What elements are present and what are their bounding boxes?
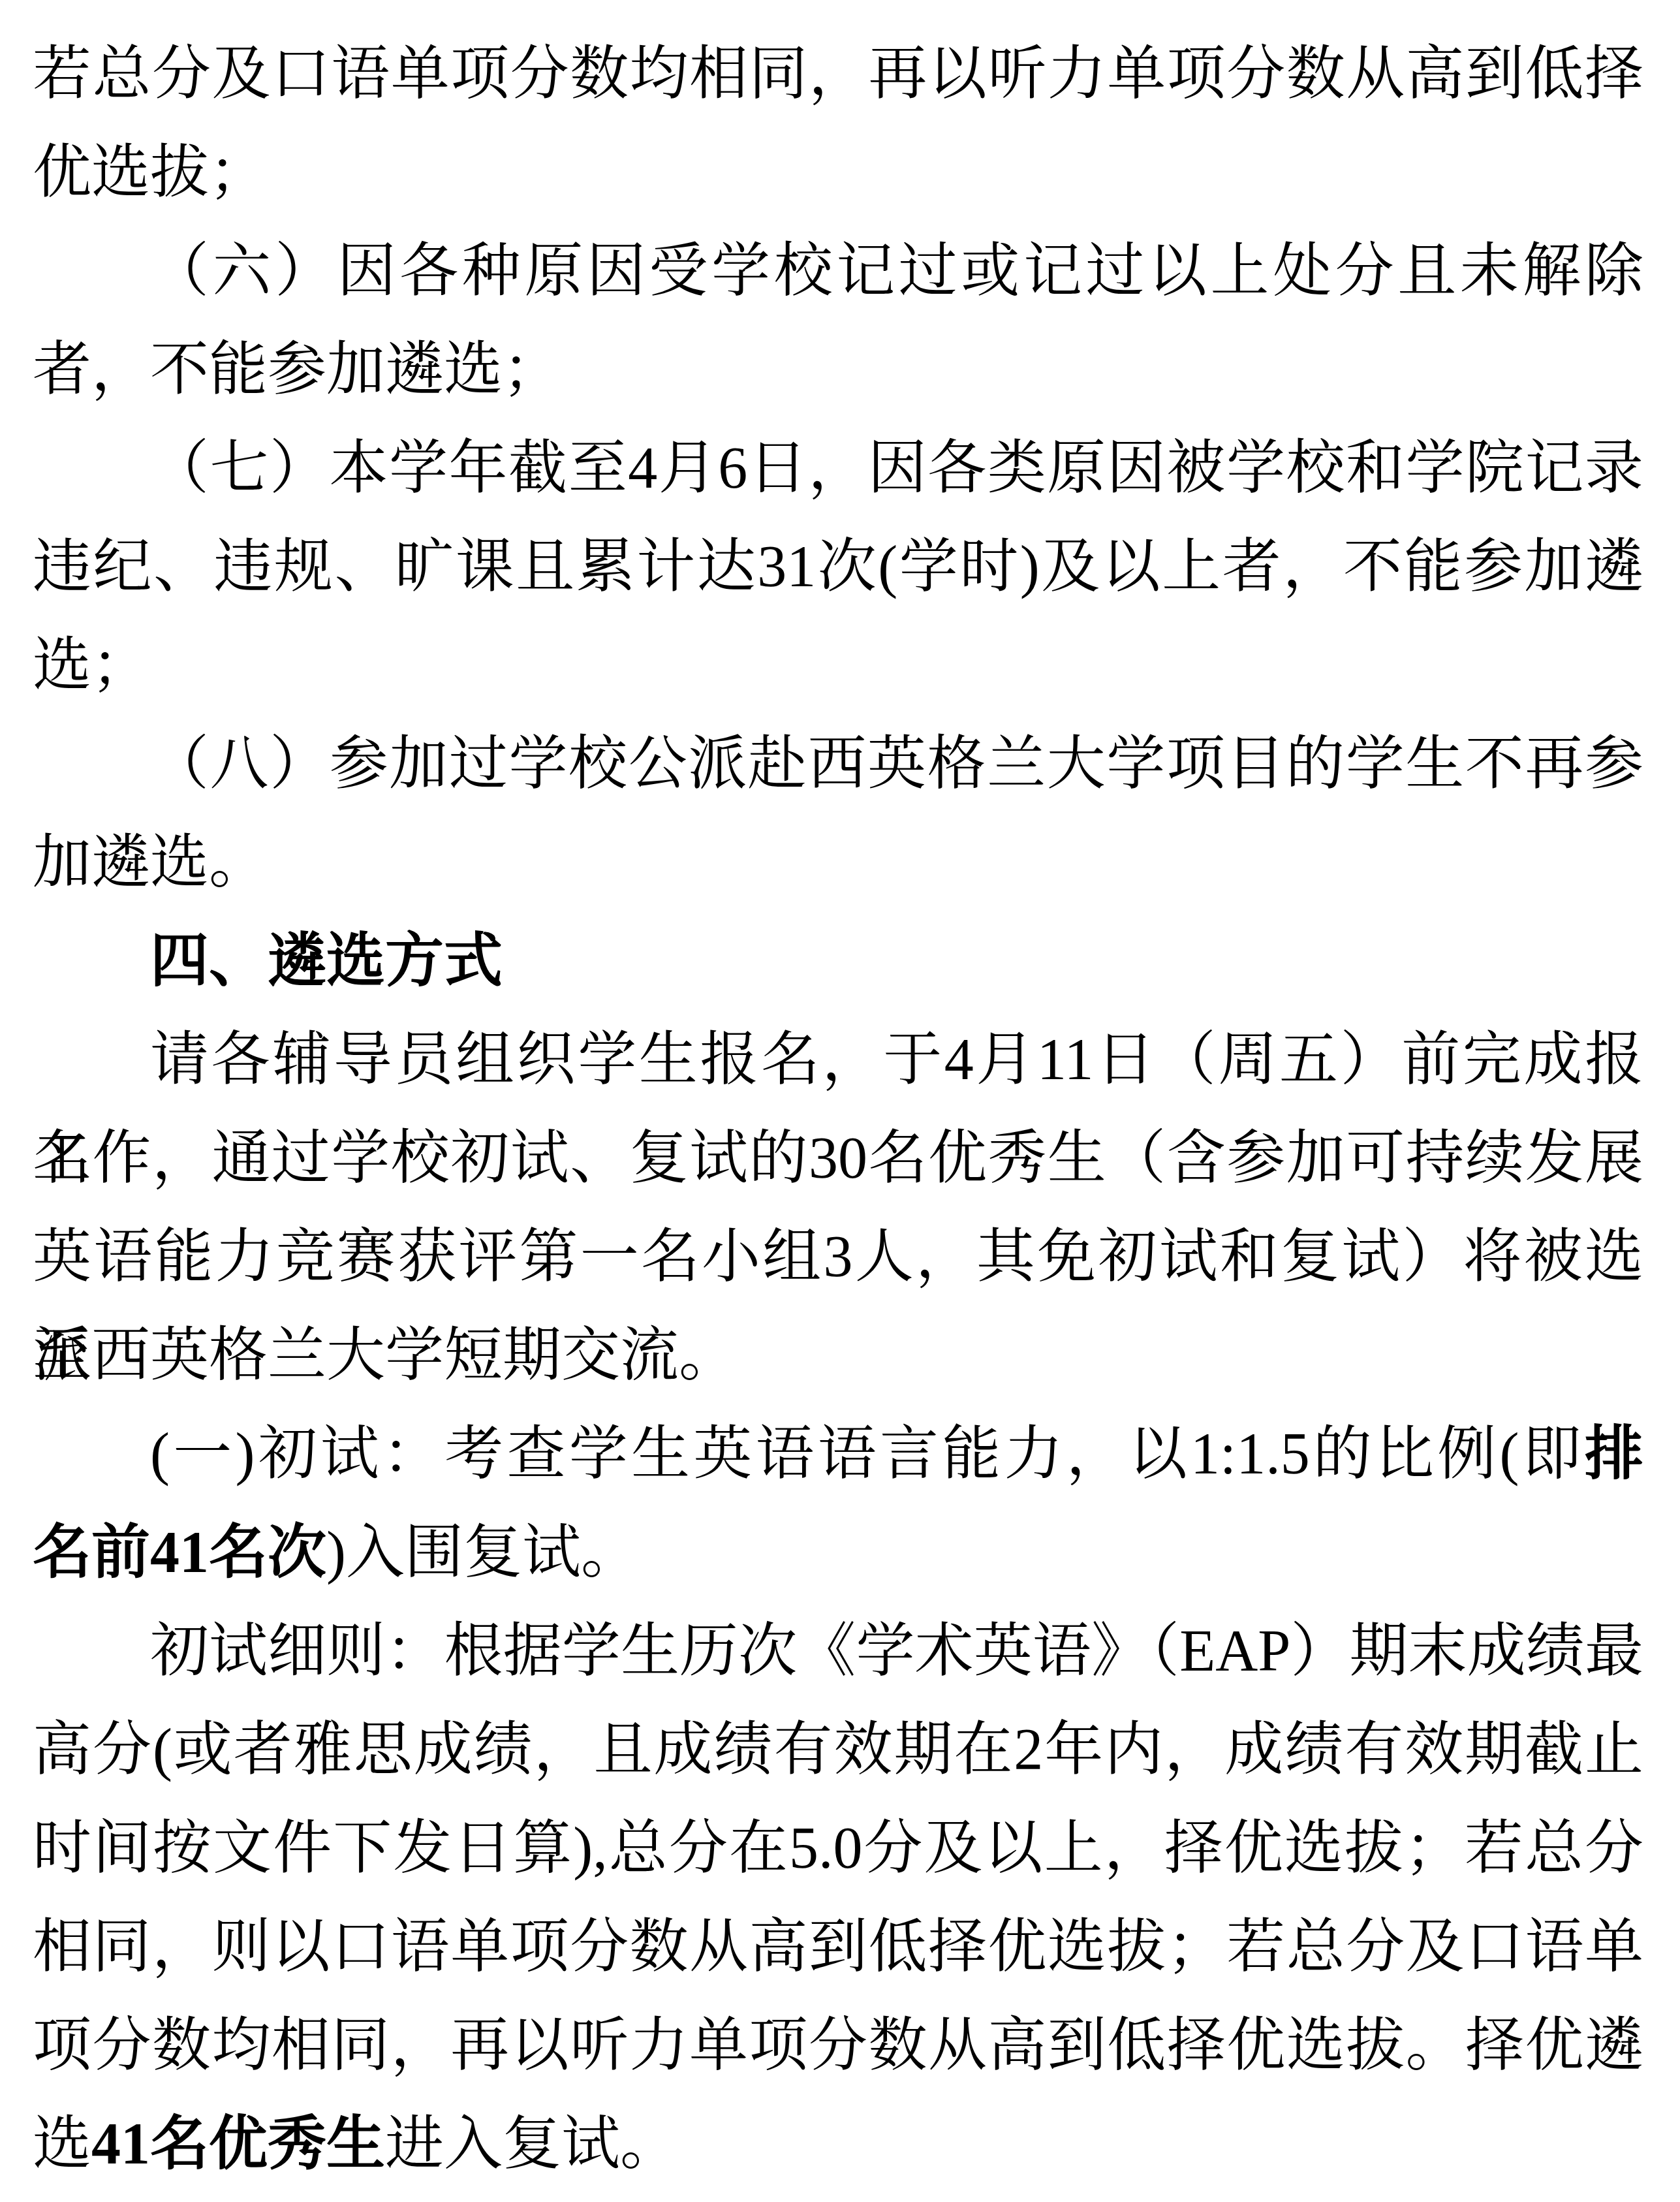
document-line: 英语能力竞赛获评第一名小组3人，其免初试和复试）将被选派 <box>33 1208 1643 1306</box>
document-line: 高分(或者雅思成绩，且成绩有效期在2年内，成绩有效期截止 <box>33 1701 1643 1799</box>
text-segment: 项分数均相同，再以听力单项分数从高到低择优选拔。择优遴 <box>33 2013 1643 2078</box>
text-segment: 相同，则以口语单项分数从高到低择优选拔；若总分及口语单 <box>33 1915 1643 1979</box>
text-segment: 四、遴选方式 <box>150 928 503 994</box>
text-segment-bold: 41名优秀生 <box>91 2112 385 2177</box>
text-segment: 选 <box>33 2112 91 2177</box>
document-line: （六）因各种原因受学校记过或记过以上处分且未解除 <box>33 222 1643 321</box>
text-segment-bold: 名前41名次 <box>33 1520 326 1585</box>
text-segment: 加遴选。 <box>33 830 268 895</box>
text-segment: 优选拔； <box>33 140 268 205</box>
text-segment: 若总分及口语单项分数均相同，再以听力单项分数从高到低择 <box>33 42 1643 106</box>
text-segment: （七）本学年截至4月6日，因各类原因被学校和学院记录 <box>150 436 1643 501</box>
text-segment: （六）因各种原因受学校记过或记过以上处分且未解除 <box>150 239 1643 304</box>
document-line: 名前41名次)入围复试。 <box>33 1503 1643 1602</box>
text-segment: 高分(或者雅思成绩，且成绩有效期在2年内，成绩有效期截止 <box>33 1718 1643 1782</box>
document-line: 至西英格兰大学短期交流。 <box>33 1306 1643 1405</box>
document-page: 若总分及口语单项分数均相同，再以听力单项分数从高到低择 优选拔； （六）因各种原… <box>33 25 1643 2194</box>
document-line: 选41名优秀生进入复试。 <box>33 2095 1643 2194</box>
document-line: 工作，通过学校初试、复试的30名优秀生（含参加可持续发展 <box>33 1109 1643 1208</box>
text-segment: )入围复试。 <box>326 1520 640 1585</box>
text-segment: （八）参加过学校公派赴西英格兰大学项目的学生不再参 <box>150 732 1643 796</box>
text-segment: 选； <box>33 633 150 698</box>
text-segment: 时间按文件下发日算),总分在5.0分及以上，择优选拔；若总分 <box>33 1816 1643 1881</box>
document-line: 者，不能参加遴选； <box>33 321 1643 419</box>
document-line: 初试细则：根据学生历次《学术英语》（EAP）期末成绩最 <box>33 1602 1643 1701</box>
document-line: 选； <box>33 616 1643 715</box>
document-line: 时间按文件下发日算),总分在5.0分及以上，择优选拔；若总分 <box>33 1799 1643 1898</box>
document-line: （八）参加过学校公派赴西英格兰大学项目的学生不再参 <box>33 715 1643 813</box>
document-line: 请各辅导员组织学生报名，于4月11日（周五）前完成报名 <box>33 1011 1643 1109</box>
text-segment: 违纪、违规、旷课且累计达31次(学时)及以上者，不能参加遴 <box>33 535 1643 599</box>
document-line: 若总分及口语单项分数均相同，再以听力单项分数从高到低择 <box>33 25 1643 123</box>
text-segment: 至西英格兰大学短期交流。 <box>33 1323 738 1388</box>
text-segment: 初试细则：根据学生历次《学术英语》（EAP）期末成绩最 <box>150 1619 1643 1684</box>
document-line: (一)初试：考查学生英语语言能力，以1:1.5的比例(即排 <box>33 1405 1643 1503</box>
document-line: 优选拔； <box>33 123 1643 222</box>
section-heading: 四、遴选方式 <box>33 912 1643 1011</box>
document-line: （七）本学年截至4月6日，因各类原因被学校和学院记录 <box>33 419 1643 518</box>
text-segment-bold: 排 <box>1585 1422 1643 1486</box>
document-line: 加遴选。 <box>33 813 1643 912</box>
text-segment: 者，不能参加遴选； <box>33 338 561 402</box>
document-line: 违纪、违规、旷课且累计达31次(学时)及以上者，不能参加遴 <box>33 518 1643 616</box>
text-segment: 进入复试。 <box>385 2112 679 2177</box>
text-segment: (一)初试：考查学生英语语言能力，以1:1.5的比例(即 <box>150 1422 1585 1486</box>
document-line: 相同，则以口语单项分数从高到低择优选拔；若总分及口语单 <box>33 1898 1643 1996</box>
document-line: 项分数均相同，再以听力单项分数从高到低择优选拔。择优遴 <box>33 1996 1643 2095</box>
text-segment: 工作，通过学校初试、复试的30名优秀生（含参加可持续发展 <box>33 1126 1643 1191</box>
